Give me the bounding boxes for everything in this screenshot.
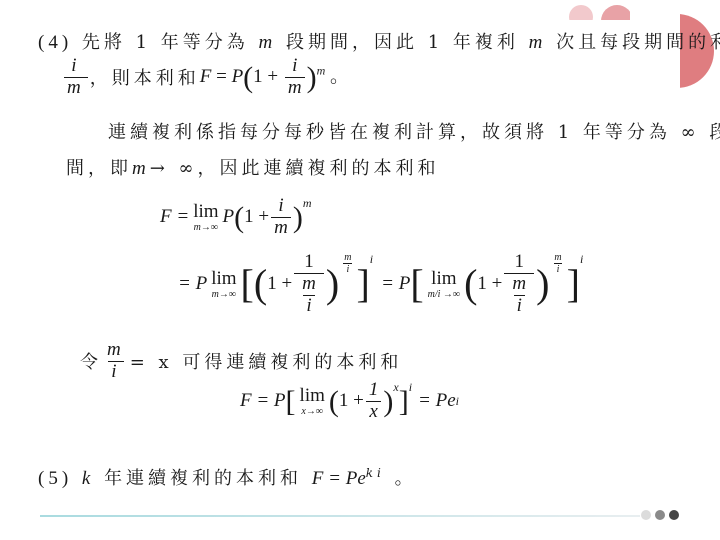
paragraph-line1: 連續複利係指每分每秒皆在複利計算，故須將 1 年等分為 ∞ 段期: [108, 118, 720, 144]
item4-line2: i m ，則本利和 F = P(1 + im)m 。: [62, 56, 349, 99]
substitution-line: 令 mi = x 可得連續複利的本利和: [80, 340, 402, 383]
equation-limit-3: F = P [ limx→∞ (1 + 1x )x ]i = Pei: [240, 380, 459, 423]
paragraph-line2: 間，即m→ ∞，因此連續複利的本利和: [66, 154, 440, 180]
equation-limit-1: F = limm→∞ P(1 + im)m: [160, 196, 312, 239]
compound-formula: F = P(1 + im)m 。: [200, 56, 349, 99]
footer-dot-2: [655, 510, 665, 520]
item4-line1: (4) 先將 1 年等分為 m 段期間，因此 1 年複利 m 次且每段期間的利率…: [38, 28, 720, 54]
footer-dot-1: [641, 510, 651, 520]
equation-limit-2: = P limm→∞ [(1 + 1mi )mi ]i = P [ limm/i…: [178, 252, 583, 317]
item5-line: (5) k 年連續複利的本利和 F = Peki 。: [38, 464, 417, 490]
footer-divider: [40, 515, 640, 517]
footer-dot-3: [669, 510, 679, 520]
fraction-i-over-m: i m: [64, 56, 88, 99]
